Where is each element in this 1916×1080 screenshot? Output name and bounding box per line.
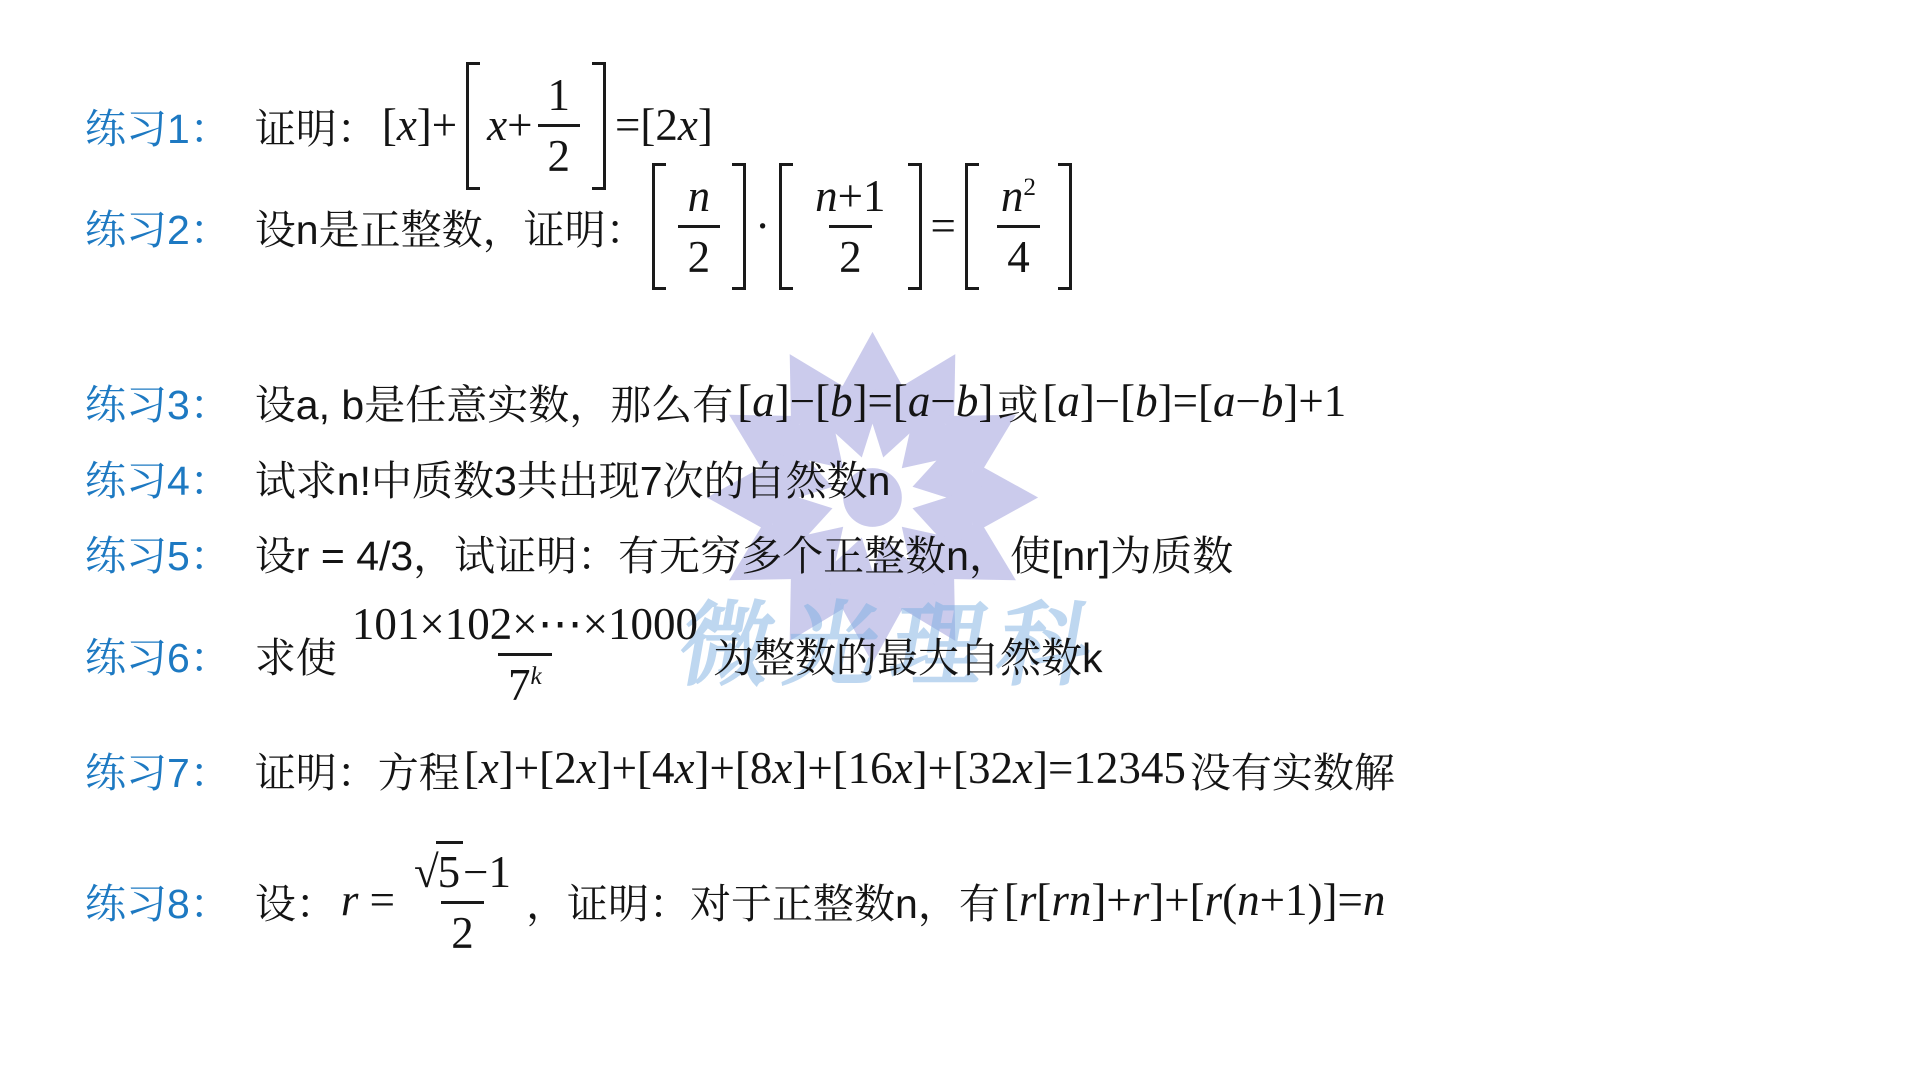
fraction-denominator: 2: [678, 225, 721, 286]
math-run: =[2x]: [615, 101, 713, 151]
exercise-6-body: 求使 101×102×⋯×1000 7k 为整数的最大自然数k: [255, 595, 1103, 715]
exercise-3-intro: 设a, b是任意实数，那么有: [255, 372, 733, 431]
exercise-3-body: 设a, b是任意实数，那么有 [a]−[b]=[a−b] 或 [a]−[b]=[…: [255, 372, 1350, 431]
or-word: 或: [997, 372, 1038, 431]
exercise-7-label: 练习7：: [85, 740, 231, 799]
fraction-denominator: 7k: [498, 653, 552, 714]
math-run: n: [1001, 171, 1024, 221]
fraction-numerator: n+1: [805, 167, 895, 225]
math-run: [r[rn]+r]+[r(n+1)]=n: [1004, 876, 1386, 926]
slide: 微光理科 练习1： 证明： [x]+ x+ 1 2: [0, 0, 1916, 1080]
exercise-8-label: 练习8：: [85, 871, 231, 930]
exercise-7-outro: 没有实数解: [1190, 740, 1395, 799]
right-bracket: [908, 163, 922, 291]
math-run: −1: [463, 844, 511, 900]
exercise-7-body: 证明：方程 [x]+[2x]+[4x]+[8x]+[16x]+[32x]=123…: [255, 740, 1395, 799]
fraction-denominator: 2: [829, 225, 872, 286]
exercise-list: 练习1： 证明： [x]+ x+ 1 2 =[2x]: [85, 48, 1896, 962]
fraction-numerator: √5−1: [404, 840, 521, 901]
exercise-2-body: 设n是正整数，证明： n 2 · n: [255, 163, 1077, 291]
exercise-5-text: 设r = 4/3，试证明：有无穷多个正整数n，使[nr]为质数: [255, 523, 1233, 582]
math-run: x+: [487, 101, 532, 151]
exercise-5-label: 练习5：: [85, 523, 231, 582]
fraction: n+1 2: [805, 167, 895, 287]
math-run: 7: [508, 660, 531, 710]
exercise-3-label: 练习3：: [85, 372, 231, 431]
exercise-4-text: 试求n!中质数3共出现7次的自然数n: [255, 448, 891, 507]
exercise-8-body: 设： r = √5−1 2 ，证明：对于正整数n，有 [r[rn]+r]+[r(…: [255, 840, 1390, 963]
exponent: k: [531, 663, 542, 690]
fraction: n 2: [678, 167, 721, 287]
exercise-6-row: 练习6： 求使 101×102×⋯×1000 7k 为整数的最大自然数k: [85, 595, 1896, 715]
fraction: 101×102×⋯×1000 7k: [342, 595, 708, 715]
exercise-8-row: 练习8： 设： r = √5−1 2 ，证明：对于正整数n，有 [r[rn]+r…: [85, 840, 1896, 963]
exercise-2-intro: 设n是正整数，证明：: [255, 197, 647, 256]
equals-sign: =: [931, 202, 956, 252]
math-run: [x]+: [382, 101, 457, 151]
exercise-8-mid: ，证明：对于正整数n，有: [526, 871, 1000, 930]
exercise-1-intro: 证明：: [255, 96, 378, 155]
exercise-4-label: 练习4：: [85, 448, 231, 507]
right-bracket: [732, 163, 746, 291]
exercise-5-body: 设r = 4/3，试证明：有无穷多个正整数n，使[nr]为质数: [255, 523, 1233, 582]
exercise-4-body: 试求n!中质数3共出现7次的自然数n: [255, 448, 891, 507]
exercise-6-label: 练习6：: [85, 625, 231, 684]
floor-bracket-group: n+1 2: [779, 163, 921, 291]
fraction-numerator: 101×102×⋯×1000: [342, 595, 708, 653]
multiplication-dot: ·: [755, 202, 770, 252]
math-run: [a]−[b]=[a−b]+1: [1042, 377, 1346, 427]
exercise-7-row: 练习7： 证明：方程 [x]+[2x]+[4x]+[8x]+[16x]+[32x…: [85, 740, 1896, 799]
exponent: 2: [1023, 174, 1036, 201]
math-run: r =: [341, 876, 395, 926]
floor-bracket-group: n 2: [652, 163, 747, 291]
fraction-numerator: 1: [538, 66, 581, 124]
exercise-7-intro: 证明：方程: [255, 740, 460, 799]
right-bracket: [1058, 163, 1072, 291]
exercise-8-intro: 设：: [255, 871, 337, 930]
exercise-6-intro: 求使: [255, 625, 337, 684]
fraction-denominator: 2: [441, 901, 484, 962]
exercise-2-label: 练习2：: [85, 197, 231, 256]
floor-bracket-group: n2 4: [965, 163, 1072, 291]
exercise-3-row: 练习3： 设a, b是任意实数，那么有 [a]−[b]=[a−b] 或 [a]−…: [85, 372, 1896, 431]
left-bracket: [779, 163, 793, 291]
exercise-1-label: 练习1：: [85, 96, 231, 155]
left-bracket: [652, 163, 666, 291]
fraction-numerator: n: [678, 167, 721, 225]
math-run: [a]−[b]=[a−b]: [737, 377, 993, 427]
fraction: √5−1 2: [404, 840, 521, 963]
math-run: [x]+[2x]+[4x]+[8x]+[16x]+[32x]=12345: [464, 744, 1186, 794]
fraction-denominator: 4: [997, 225, 1040, 286]
fraction: n2 4: [991, 167, 1046, 287]
exercise-2-row: 练习2： 设n是正整数，证明： n 2 ·: [85, 163, 1896, 291]
exercise-6-outro: 为整数的最大自然数k: [713, 625, 1103, 684]
fraction-numerator: n2: [991, 167, 1046, 225]
exercise-4-row: 练习4： 试求n!中质数3共出现7次的自然数n: [85, 448, 1896, 507]
left-bracket: [965, 163, 979, 291]
radicand: 5: [436, 841, 464, 900]
exercise-5-row: 练习5： 设r = 4/3，试证明：有无穷多个正整数n，使[nr]为质数: [85, 523, 1896, 582]
